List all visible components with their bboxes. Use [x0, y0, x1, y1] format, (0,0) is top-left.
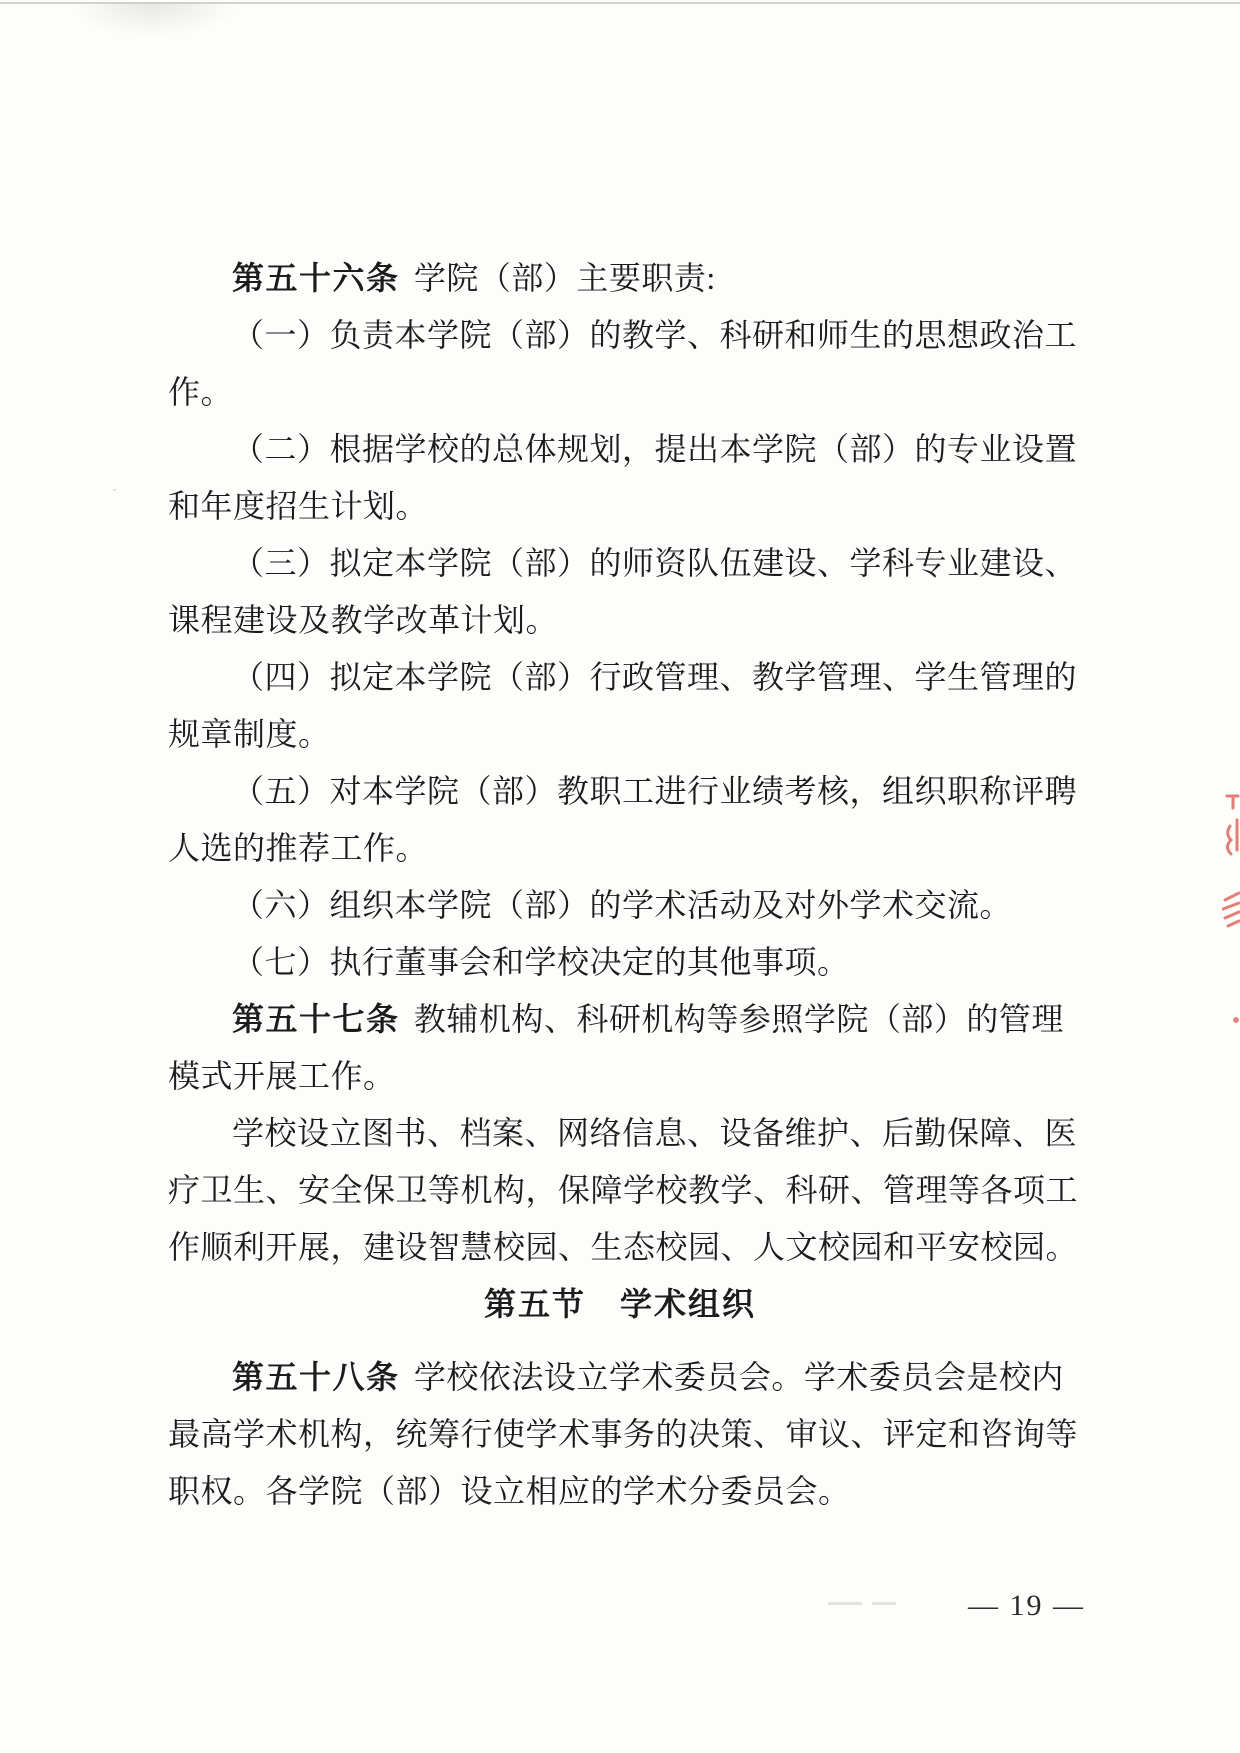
- red-seal-strokes: [1222, 788, 1240, 1088]
- text-line: 人选的推荐工作。: [168, 820, 1072, 877]
- text-line: （三）拟定本学院（部）的师资队伍建设、学科专业建设、: [168, 535, 1072, 592]
- text-line: 作顺利开展，建设智慧校园、生态校园、人文校园和平安校园。: [168, 1219, 1072, 1276]
- page-number: — 19 —: [968, 1589, 1085, 1623]
- text-line: 第五十八条学校依法设立学术委员会。学术委员会是校内: [168, 1349, 1072, 1406]
- text-line: （五）对本学院（部）教职工进行业绩考核，组织职称评聘: [168, 763, 1072, 820]
- text-line: （二）根据学校的总体规划，提出本学院（部）的专业设置: [168, 421, 1072, 478]
- text-line: 作。: [168, 364, 1072, 421]
- scanned-document-page: 第五十六条学院（部）主要职责:（一）负责本学院（部）的教学、科研和师生的思想政治…: [0, 0, 1240, 1753]
- text-line: 模式开展工作。: [168, 1048, 1072, 1105]
- article-number: 第五十六条: [232, 260, 400, 296]
- scan-footer-dash: [828, 1602, 862, 1605]
- text-line: （七）执行董事会和学校决定的其他事项。: [168, 934, 1072, 991]
- article-number: 第五十七条: [232, 1001, 400, 1037]
- scan-smudge: [68, 3, 238, 37]
- text-line: 职权。各学院（部）设立相应的学术分委员会。: [168, 1463, 1072, 1520]
- text-line: （六）组织本学院（部）的学术活动及对外学术交流。: [168, 877, 1072, 934]
- text-line: 第五十六条学院（部）主要职责:: [168, 250, 1072, 307]
- text-line: 第五十七条教辅机构、科研机构等参照学院（部）的管理: [168, 991, 1072, 1048]
- text-line: 疗卫生、安全保卫等机构，保障学校教学、科研、管理等各项工: [168, 1162, 1072, 1219]
- text-line: 课程建设及教学改革计划。: [168, 592, 1072, 649]
- text-line: （四）拟定本学院（部）行政管理、教学管理、学生管理的: [168, 649, 1072, 706]
- red-seal-fragment: [1222, 788, 1240, 1088]
- document-body: 第五十六条学院（部）主要职责:（一）负责本学院（部）的教学、科研和师生的思想政治…: [168, 250, 1072, 1520]
- scan-speck: [113, 489, 116, 491]
- text-line: 最高学术机构，统筹行使学术事务的决策、审议、评定和咨询等: [168, 1406, 1072, 1463]
- text-line: 规章制度。: [168, 706, 1072, 763]
- text-line: 学校设立图书、档案、网络信息、设备维护、后勤保障、医: [168, 1105, 1072, 1162]
- section-heading: 第五节 学术组织: [168, 1276, 1072, 1333]
- text-line: （一）负责本学院（部）的教学、科研和师生的思想政治工: [168, 307, 1072, 364]
- article-number: 第五十八条: [232, 1359, 400, 1395]
- scan-footer-dash: [872, 1602, 896, 1605]
- text-line: 和年度招生计划。: [168, 478, 1072, 535]
